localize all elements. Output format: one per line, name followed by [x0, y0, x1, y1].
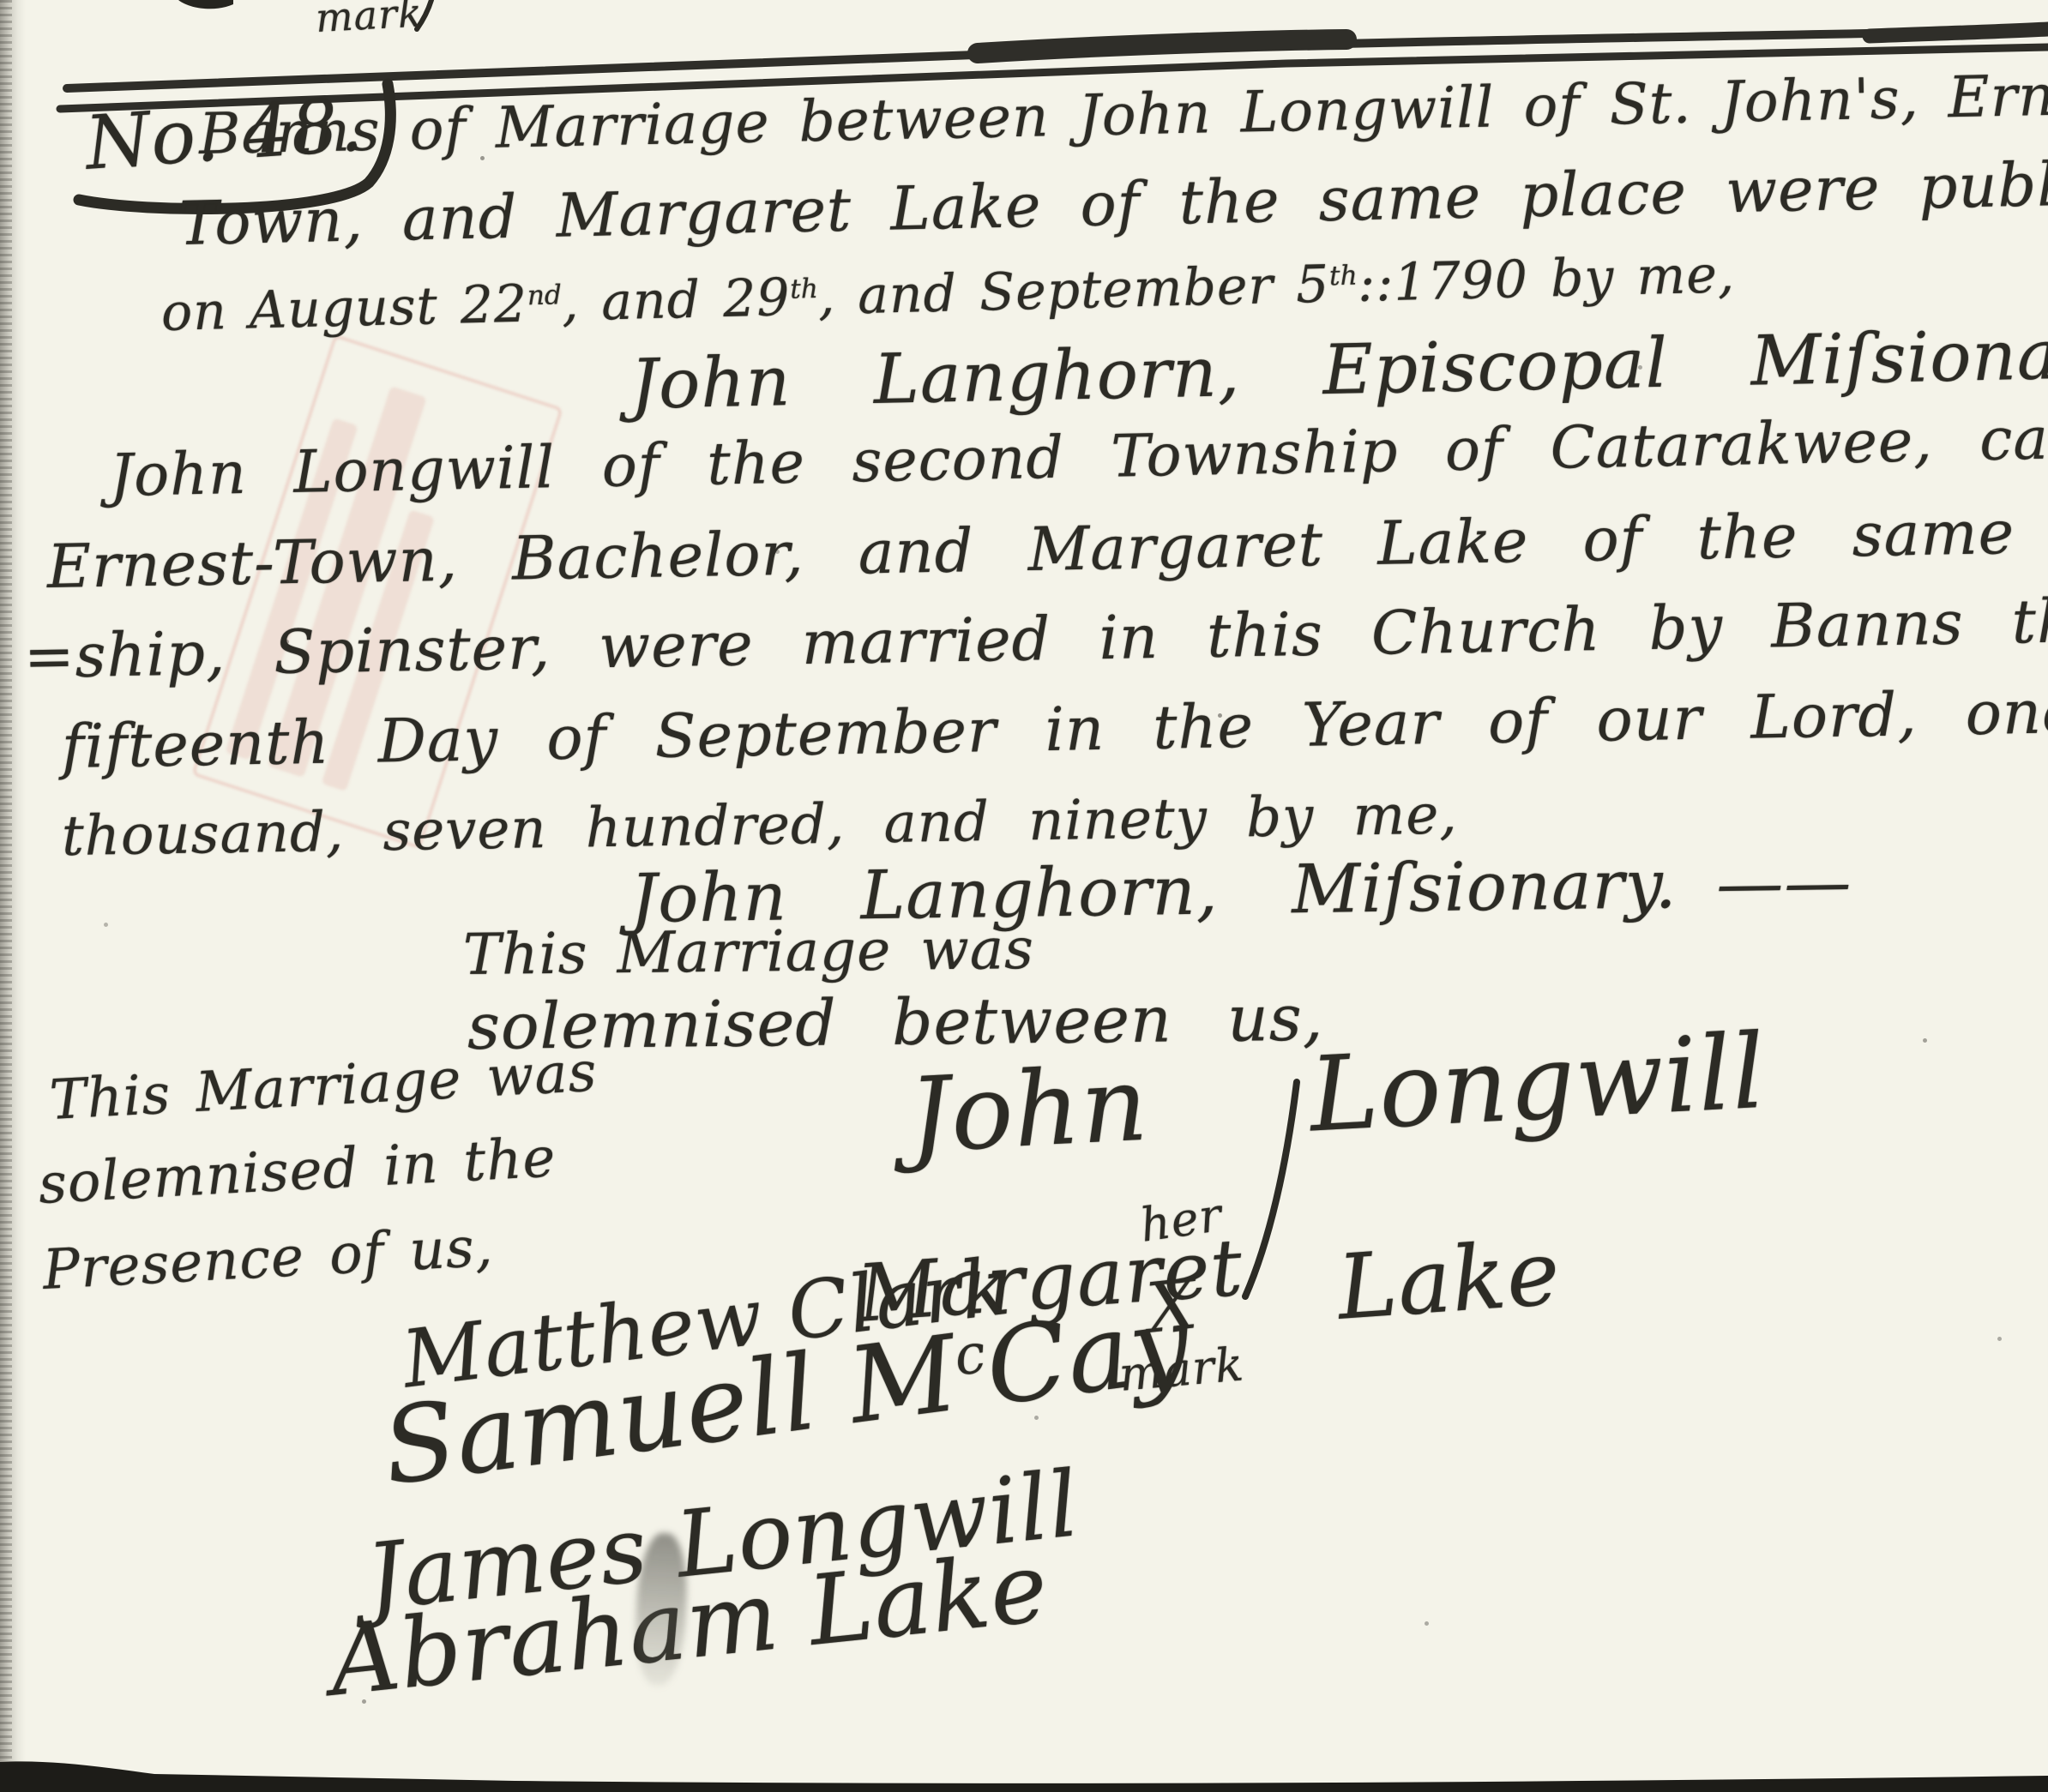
banns-line-3-text: , and September 5 — [817, 255, 1330, 328]
witness-intro-line-2: solemnised in the — [37, 1126, 557, 1217]
ordinal-superscript: th — [1329, 261, 1358, 292]
banns-line-1: Banns of Marriage between John Longwill … — [198, 60, 2048, 167]
witness-intro-line-3: Presence of us, — [41, 1216, 495, 1302]
separator-rule-upper-right-thick — [1870, 29, 2048, 36]
scan-left-edge-noise — [0, 0, 12, 1792]
ordinal-superscript: th — [790, 274, 818, 305]
banns-signoff: John Langhorn, Episcopal Miſsionary — [629, 313, 2048, 424]
entry-signoff-dash: —— — [1716, 844, 1852, 923]
banns-line-3-text: ::1790 by me, — [1357, 244, 1736, 314]
groom-first-name: John — [906, 1044, 1151, 1176]
witness-intro-line-1: This Marriage was — [48, 1041, 599, 1133]
scanned-marriage-register-page: mark No. 48. Banns of Marriage between J… — [0, 0, 2048, 1792]
banns-line-3-text: on August 22 — [160, 274, 528, 343]
solemnized-between-line-1: This Marriage was — [463, 916, 1035, 988]
previous-entry-stroke — [178, 0, 233, 9]
groom-last-name: Longwill — [1307, 1013, 1768, 1156]
banns-line-2: Town, and Margaret Lake of the same plac… — [178, 146, 2048, 259]
separator-rule-upper-thick-blob — [978, 39, 1346, 53]
dust-specks — [0, 0, 3, 3]
banns-line-3-text: , and 29 — [561, 268, 791, 333]
bottom-scan-band — [0, 1761, 2048, 1792]
ordinal-superscript: nd — [527, 280, 562, 311]
witness-2-text: Cay — [979, 1282, 1198, 1429]
bride-last-name: Lake — [1334, 1220, 1564, 1340]
previous-entry-mark-word: mark — [315, 0, 425, 41]
bride-mark-her-label: her — [1137, 1188, 1226, 1253]
